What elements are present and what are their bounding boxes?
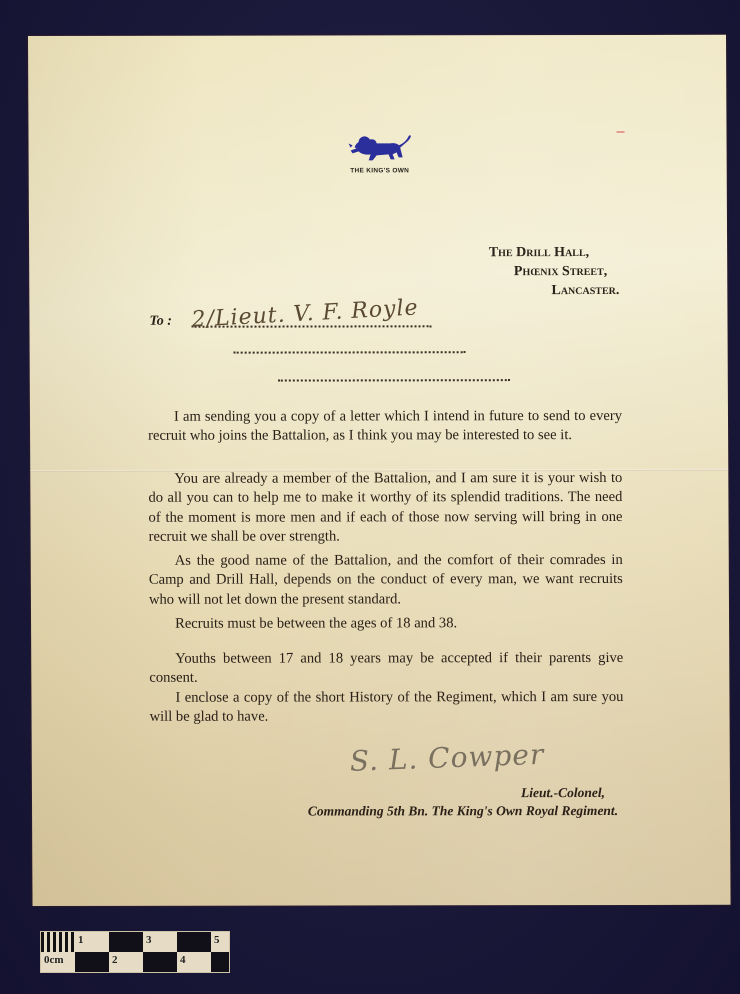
paragraph-text: Recruits must be between the ages of 18 …	[149, 614, 623, 634]
paragraph-text: You are already a member of the Battalio…	[148, 469, 622, 547]
letter-paper: THE KING'S OWN The Drill Hall, Phœnix St…	[28, 35, 731, 906]
scale-cell	[143, 952, 177, 972]
scale-cell	[211, 952, 229, 972]
paragraph-2: You are already a member of the Battalio…	[148, 469, 622, 547]
to-label: To :	[149, 314, 172, 330]
scale-cell: 0cm	[41, 952, 75, 972]
scale-bar: 1 3 5 0cm 2 4	[40, 931, 230, 973]
paragraph-6: I enclose a copy of the short History of…	[149, 688, 623, 727]
scale-unit-label: 0cm	[44, 954, 64, 966]
scale-row-top: 1 3 5	[41, 932, 229, 952]
scale-cell: 5	[211, 932, 229, 952]
scale-cell: 2	[109, 952, 143, 972]
signatory-rank: Lieut.-Colonel,	[521, 785, 605, 801]
scale-cell: 1	[75, 932, 109, 952]
crest-caption: THE KING'S OWN	[345, 167, 415, 174]
paragraph-1: I am sending you a copy of a letter whic…	[148, 407, 622, 446]
scale-mm-ticks	[41, 932, 75, 952]
recipient-block: To : 2/Lieut. V. F. Royle	[149, 307, 569, 388]
paragraph-5: Youths between 17 and 18 years may be ac…	[149, 649, 623, 688]
scale-row-bottom: 0cm 2 4	[41, 952, 229, 972]
handwritten-signature: S. L. Cowper	[349, 738, 545, 778]
sender-address: The Drill Hall, Phœnix Street, Lancaster…	[489, 243, 620, 300]
scale-cell	[177, 932, 211, 952]
scale-label: 1	[78, 934, 84, 946]
paragraph-text: I enclose a copy of the short History of…	[149, 688, 623, 727]
scale-cell	[109, 932, 143, 952]
scale-cell	[75, 952, 109, 972]
address-line-1: The Drill Hall,	[489, 243, 589, 262]
scale-cell: 3	[143, 932, 177, 952]
scale-label: 5	[214, 934, 220, 946]
regimental-crest: THE KING'S OWN	[345, 133, 415, 174]
recipient-line-2	[234, 351, 466, 353]
scale-cell: 4	[177, 952, 211, 972]
lion-passant-icon	[347, 133, 413, 165]
scale-label: 3	[146, 934, 152, 946]
paragraph-4: Recruits must be between the ages of 18 …	[149, 614, 623, 634]
address-line-2: Phœnix Street,	[489, 262, 607, 281]
paragraph-text: As the good name of the Battalion, and t…	[149, 551, 623, 610]
scale-label: 4	[180, 954, 186, 966]
signatory-title: Commanding 5th Bn. The King's Own Royal …	[308, 803, 618, 820]
paragraph-text: I am sending you a copy of a letter whic…	[148, 407, 622, 446]
address-line-3: Lancaster.	[489, 281, 619, 300]
paragraph-3: As the good name of the Battalion, and t…	[149, 551, 623, 610]
recipient-line-3	[278, 379, 510, 381]
paper-mark	[616, 131, 624, 133]
paragraph-text: Youths between 17 and 18 years may be ac…	[149, 649, 623, 688]
scale-label: 2	[112, 954, 118, 966]
